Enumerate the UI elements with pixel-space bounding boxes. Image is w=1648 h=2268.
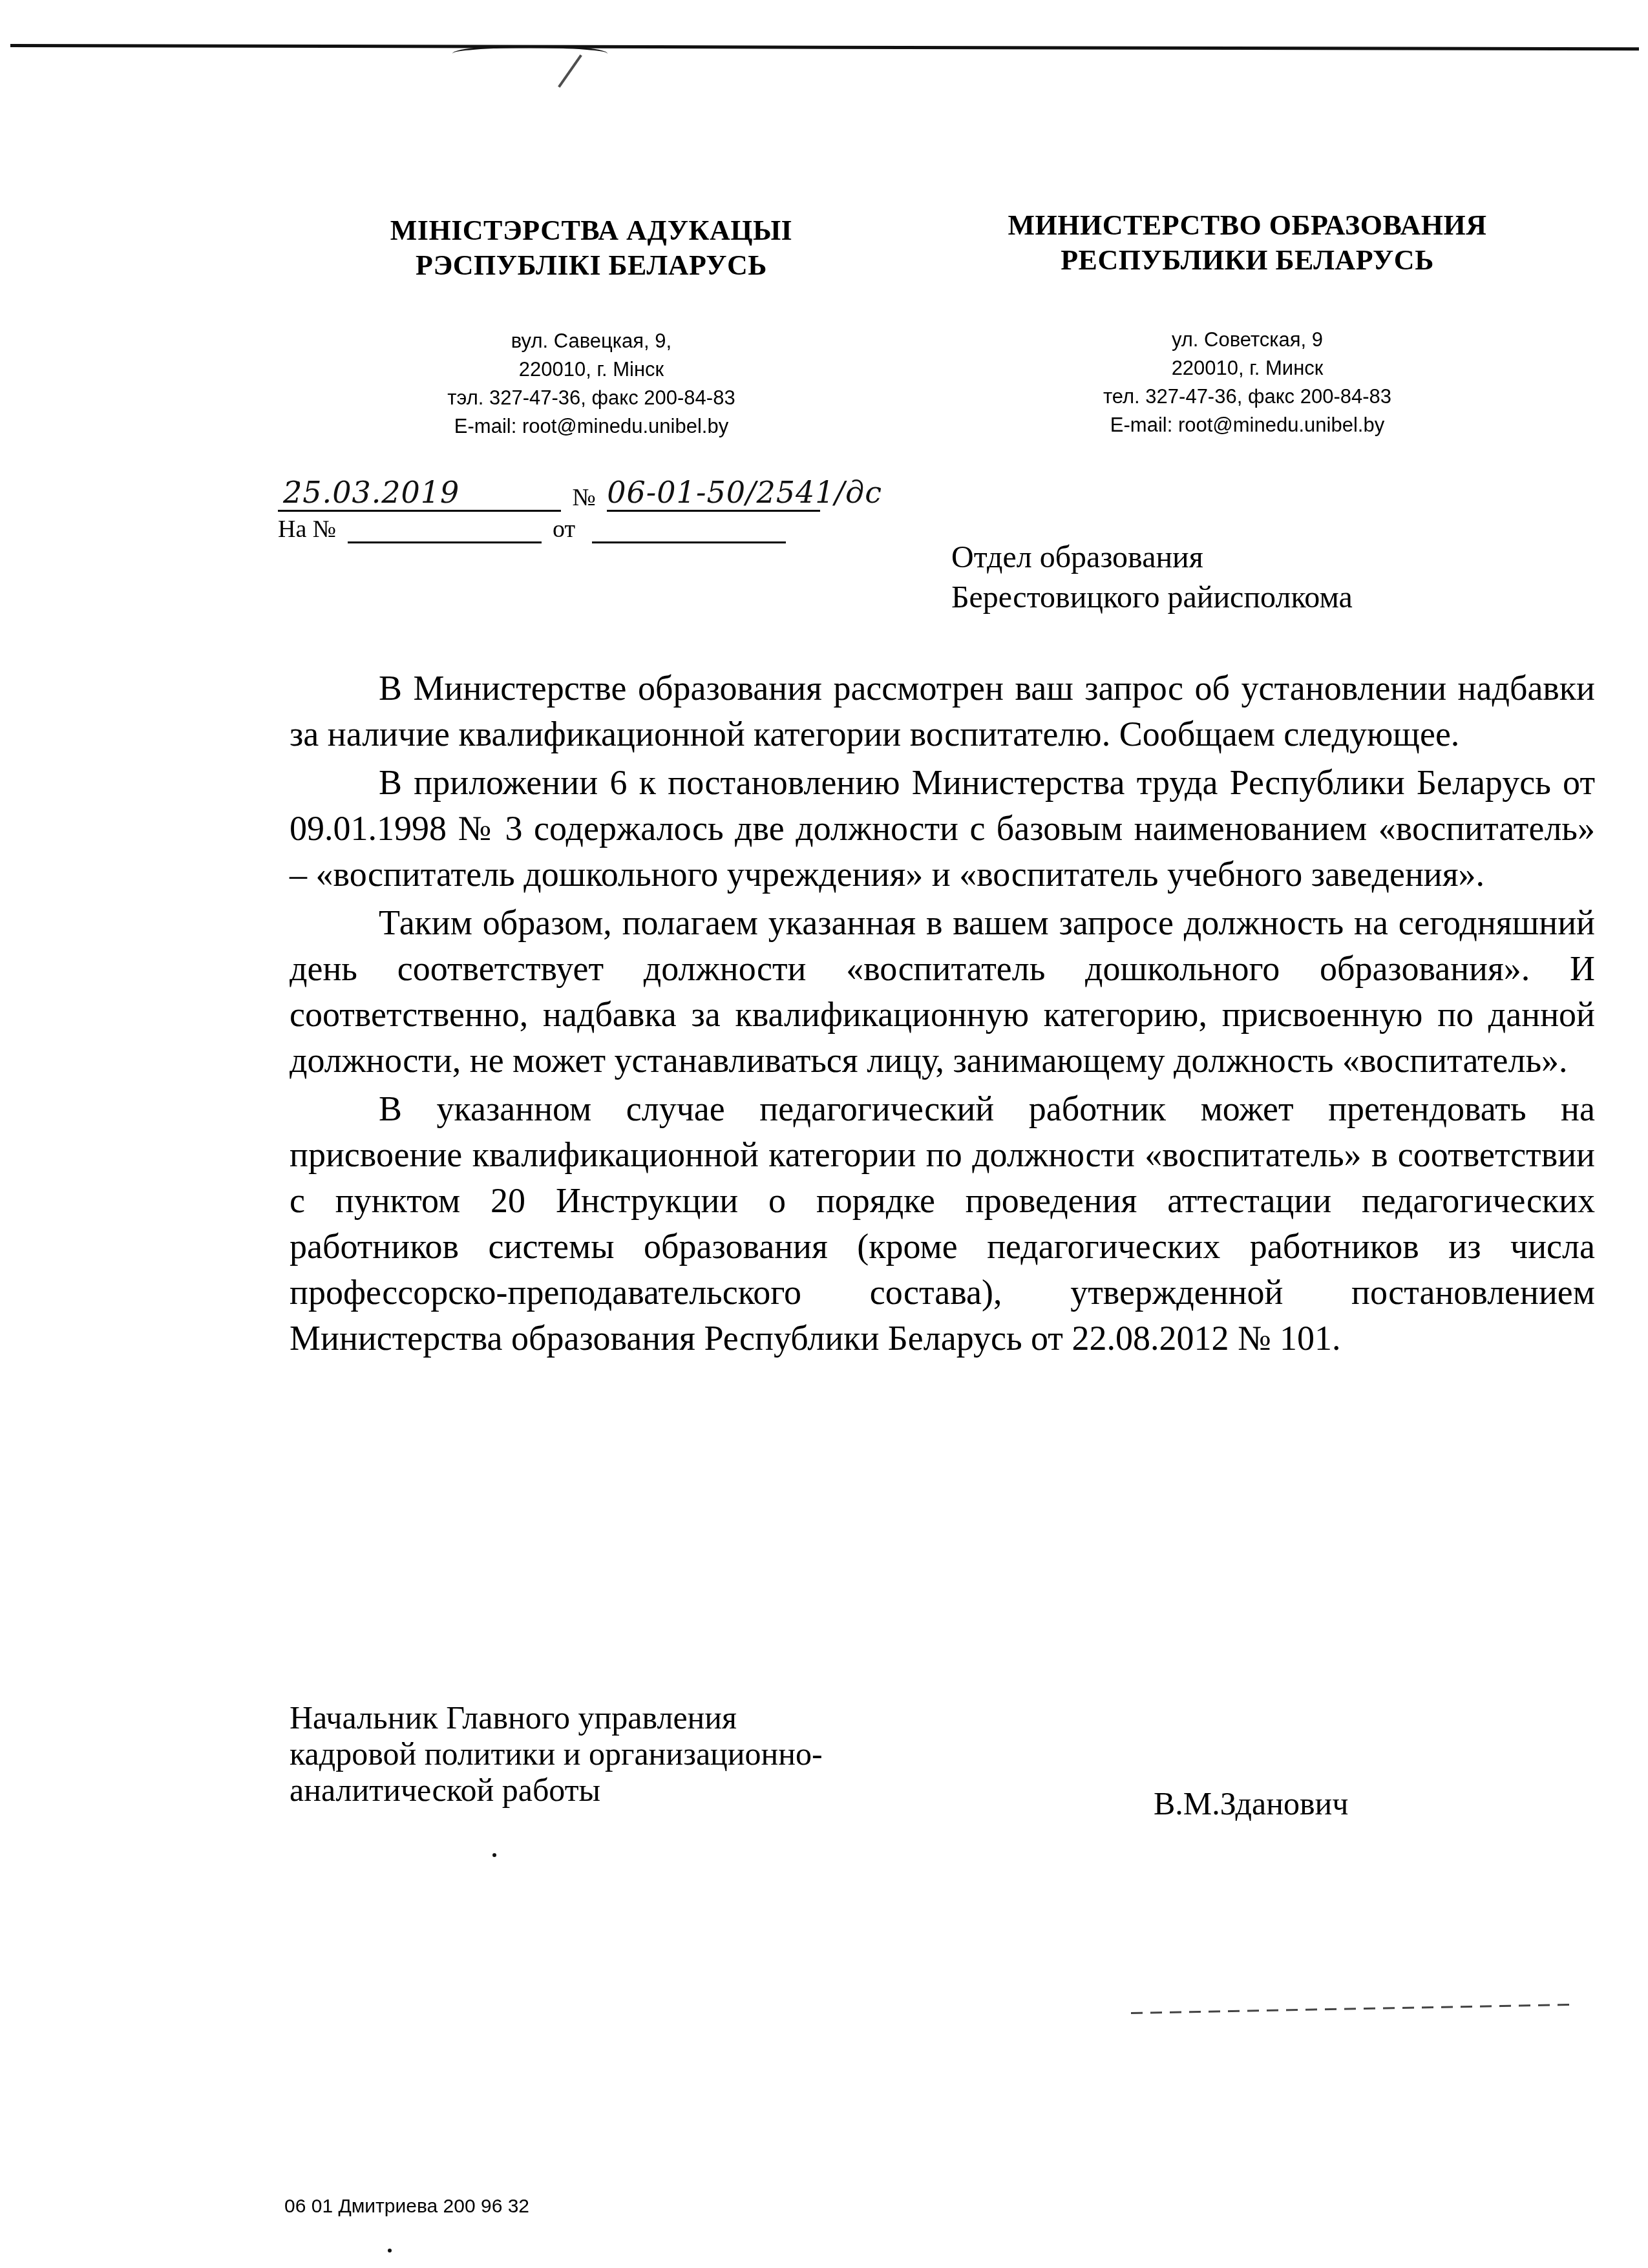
letterhead-belarusian: МІНІСТЭРСТВА АДУКАЦЫІ РЭСПУБЛІКІ БЕЛАРУС… [294, 213, 889, 441]
ministry-address-be: вул. Савецкая, 9, 220010, г. Мінск тэл. … [294, 327, 889, 441]
letterhead-russian: МИНИСТЕРСТВО ОБРАЗОВАНИЯ РЕСПУБЛИКИ БЕЛА… [956, 208, 1538, 439]
paragraph: В указанном случае педагогический работн… [290, 1086, 1595, 1361]
handwritten-date: 25.03.2019 [283, 475, 460, 510]
scan-artifact-line [1131, 2004, 1577, 2014]
org-line-2: РЭСПУБЛІКІ БЕЛАРУСЬ [294, 248, 889, 283]
email: E-mail: root@minedu.unibel.by [956, 411, 1538, 439]
paragraph: Таким образом, полагаем указанная в ваше… [290, 900, 1595, 1084]
number-label: № [573, 483, 596, 512]
org-line-2: РЕСПУБЛИКИ БЕЛАРУСЬ [956, 243, 1538, 278]
scan-speck [296, 481, 300, 485]
number-field: 06-01-50/2541/дс [607, 475, 820, 512]
scan-speck [492, 1853, 496, 1857]
handwritten-number: 06-01-50/2541/дс [607, 475, 882, 510]
from-label: от [553, 515, 575, 543]
paragraph: В Министерстве образования рассмотрен ва… [290, 666, 1595, 757]
title-line-1: Начальник Главного управления [290, 1699, 1388, 1736]
org-line-1: МИНИСТЕРСТВО ОБРАЗОВАНИЯ [956, 208, 1538, 243]
reply-to-field [348, 517, 542, 543]
executor-note: 06 01 Дмитриева 200 96 32 [284, 2196, 529, 2218]
street-address: вул. Савецкая, 9, [294, 327, 889, 355]
phone-fax: тел. 327-47-36, факс 200-84-83 [956, 383, 1538, 411]
ministry-name-ru: МИНИСТЕРСТВО ОБРАЗОВАНИЯ РЕСПУБЛИКИ БЕЛА… [956, 208, 1538, 278]
from-date-field [592, 517, 786, 543]
addressee: Отдел образования Берестовицкого райиспо… [951, 538, 1353, 618]
ministry-name-be: МІНІСТЭРСТВА АДУКАЦЫІ РЭСПУБЛІКІ БЕЛАРУС… [294, 213, 889, 283]
addressee-line-2: Берестовицкого райисполкома [951, 578, 1353, 618]
email: E-mail: root@minedu.unibel.by [294, 412, 889, 441]
scan-speck [388, 2249, 392, 2252]
incoming-reference: На № от [278, 515, 786, 543]
title-line-2: кадровой политики и организационно- [290, 1736, 1388, 1772]
postal-city: 220010, г. Мінск [294, 355, 889, 384]
scan-edge-line [10, 44, 1639, 50]
signatory-name: В.М.Зданович [1154, 1785, 1349, 1822]
date-field: 25.03.2019 [278, 475, 561, 512]
street-address: ул. Советская, 9 [956, 326, 1538, 354]
addressee-line-1: Отдел образования [951, 538, 1353, 578]
ministry-address-ru: ул. Советская, 9 220010, г. Минск тел. 3… [956, 326, 1538, 439]
registration-block: 25.03.2019 № 06-01-50/2541/дс На № от [278, 475, 924, 546]
outgoing-registration: 25.03.2019 № 06-01-50/2541/дс [278, 475, 820, 512]
postal-city: 220010, г. Минск [956, 354, 1538, 383]
letter-body: В Министерстве образования рассмотрен ва… [290, 666, 1595, 1361]
scan-artifact [452, 45, 607, 62]
org-line-1: МІНІСТЭРСТВА АДУКАЦЫІ [294, 213, 889, 248]
phone-fax: тэл. 327-47-36, факс 200-84-83 [294, 384, 889, 412]
paragraph: В приложении 6 к постановлению Министерс… [290, 760, 1595, 898]
reply-to-label: На № [278, 516, 336, 543]
